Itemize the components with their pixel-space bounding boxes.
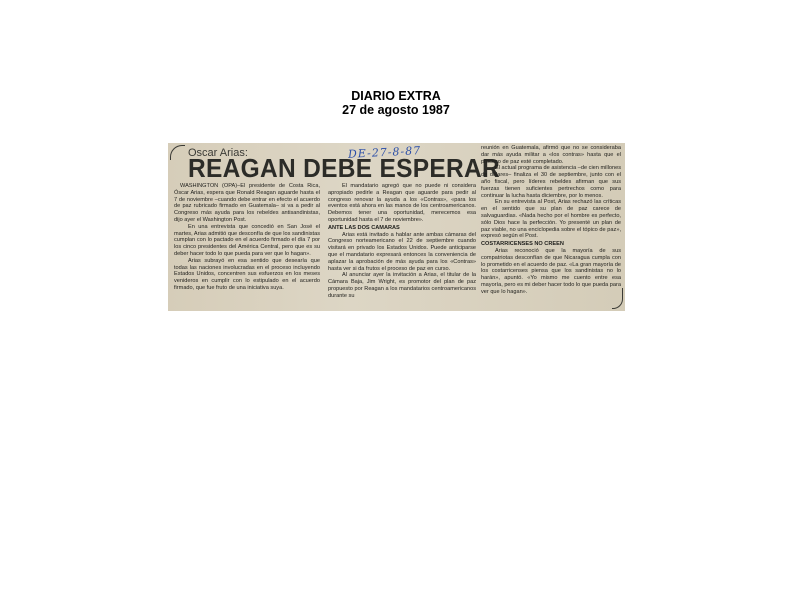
article-column-3: reunión en Guatemala, afirmó que no se c… xyxy=(481,145,621,296)
article-subheading: ANTE LAS DOS CAMARAS xyxy=(328,225,476,232)
article-paragraph: El actual programa de asistencia –de cie… xyxy=(481,165,621,199)
article-paragraph: Arias está invitado a hablar ante ambas … xyxy=(328,232,476,273)
article-paragraph: Al anunciar ayer la invitación a Arias, … xyxy=(328,272,476,299)
article-subheading: COSTARRICENSES NO CREEN xyxy=(481,241,621,248)
article-paragraph: En su entrevista al Post, Arias rechazó … xyxy=(481,199,621,240)
article-paragraph: El mandatario agregó que no puede ni con… xyxy=(328,183,476,224)
article-paragraph: Arias reconoció que la mayoría de sus co… xyxy=(481,248,621,296)
article-headline: REAGAN DEBE ESPERAR xyxy=(188,155,500,184)
article-column-2: El mandatario agregó que no puede ni con… xyxy=(328,183,476,300)
publication-date: 27 de agosto 1987 xyxy=(0,103,792,117)
newspaper-clipping: Oscar Arias: REAGAN DEBE ESPERAR DE-27-8… xyxy=(168,143,625,311)
article-paragraph: Arias subrayó en esa sentido que desearí… xyxy=(174,258,320,292)
article-column-1: WASHINGTON (OPA)–El presidente de Costa … xyxy=(174,183,320,292)
document-header: DIARIO EXTRA 27 de agosto 1987 xyxy=(0,89,792,117)
article-paragraph: reunión en Guatemala, afirmó que no se c… xyxy=(481,145,621,165)
article-paragraph: En una entrevista que concedió en San Jo… xyxy=(174,224,320,258)
publication-name: DIARIO EXTRA xyxy=(0,89,792,103)
article-paragraph: WASHINGTON (OPA)–El presidente de Costa … xyxy=(174,183,320,224)
clipping-corner-mark xyxy=(170,145,185,160)
